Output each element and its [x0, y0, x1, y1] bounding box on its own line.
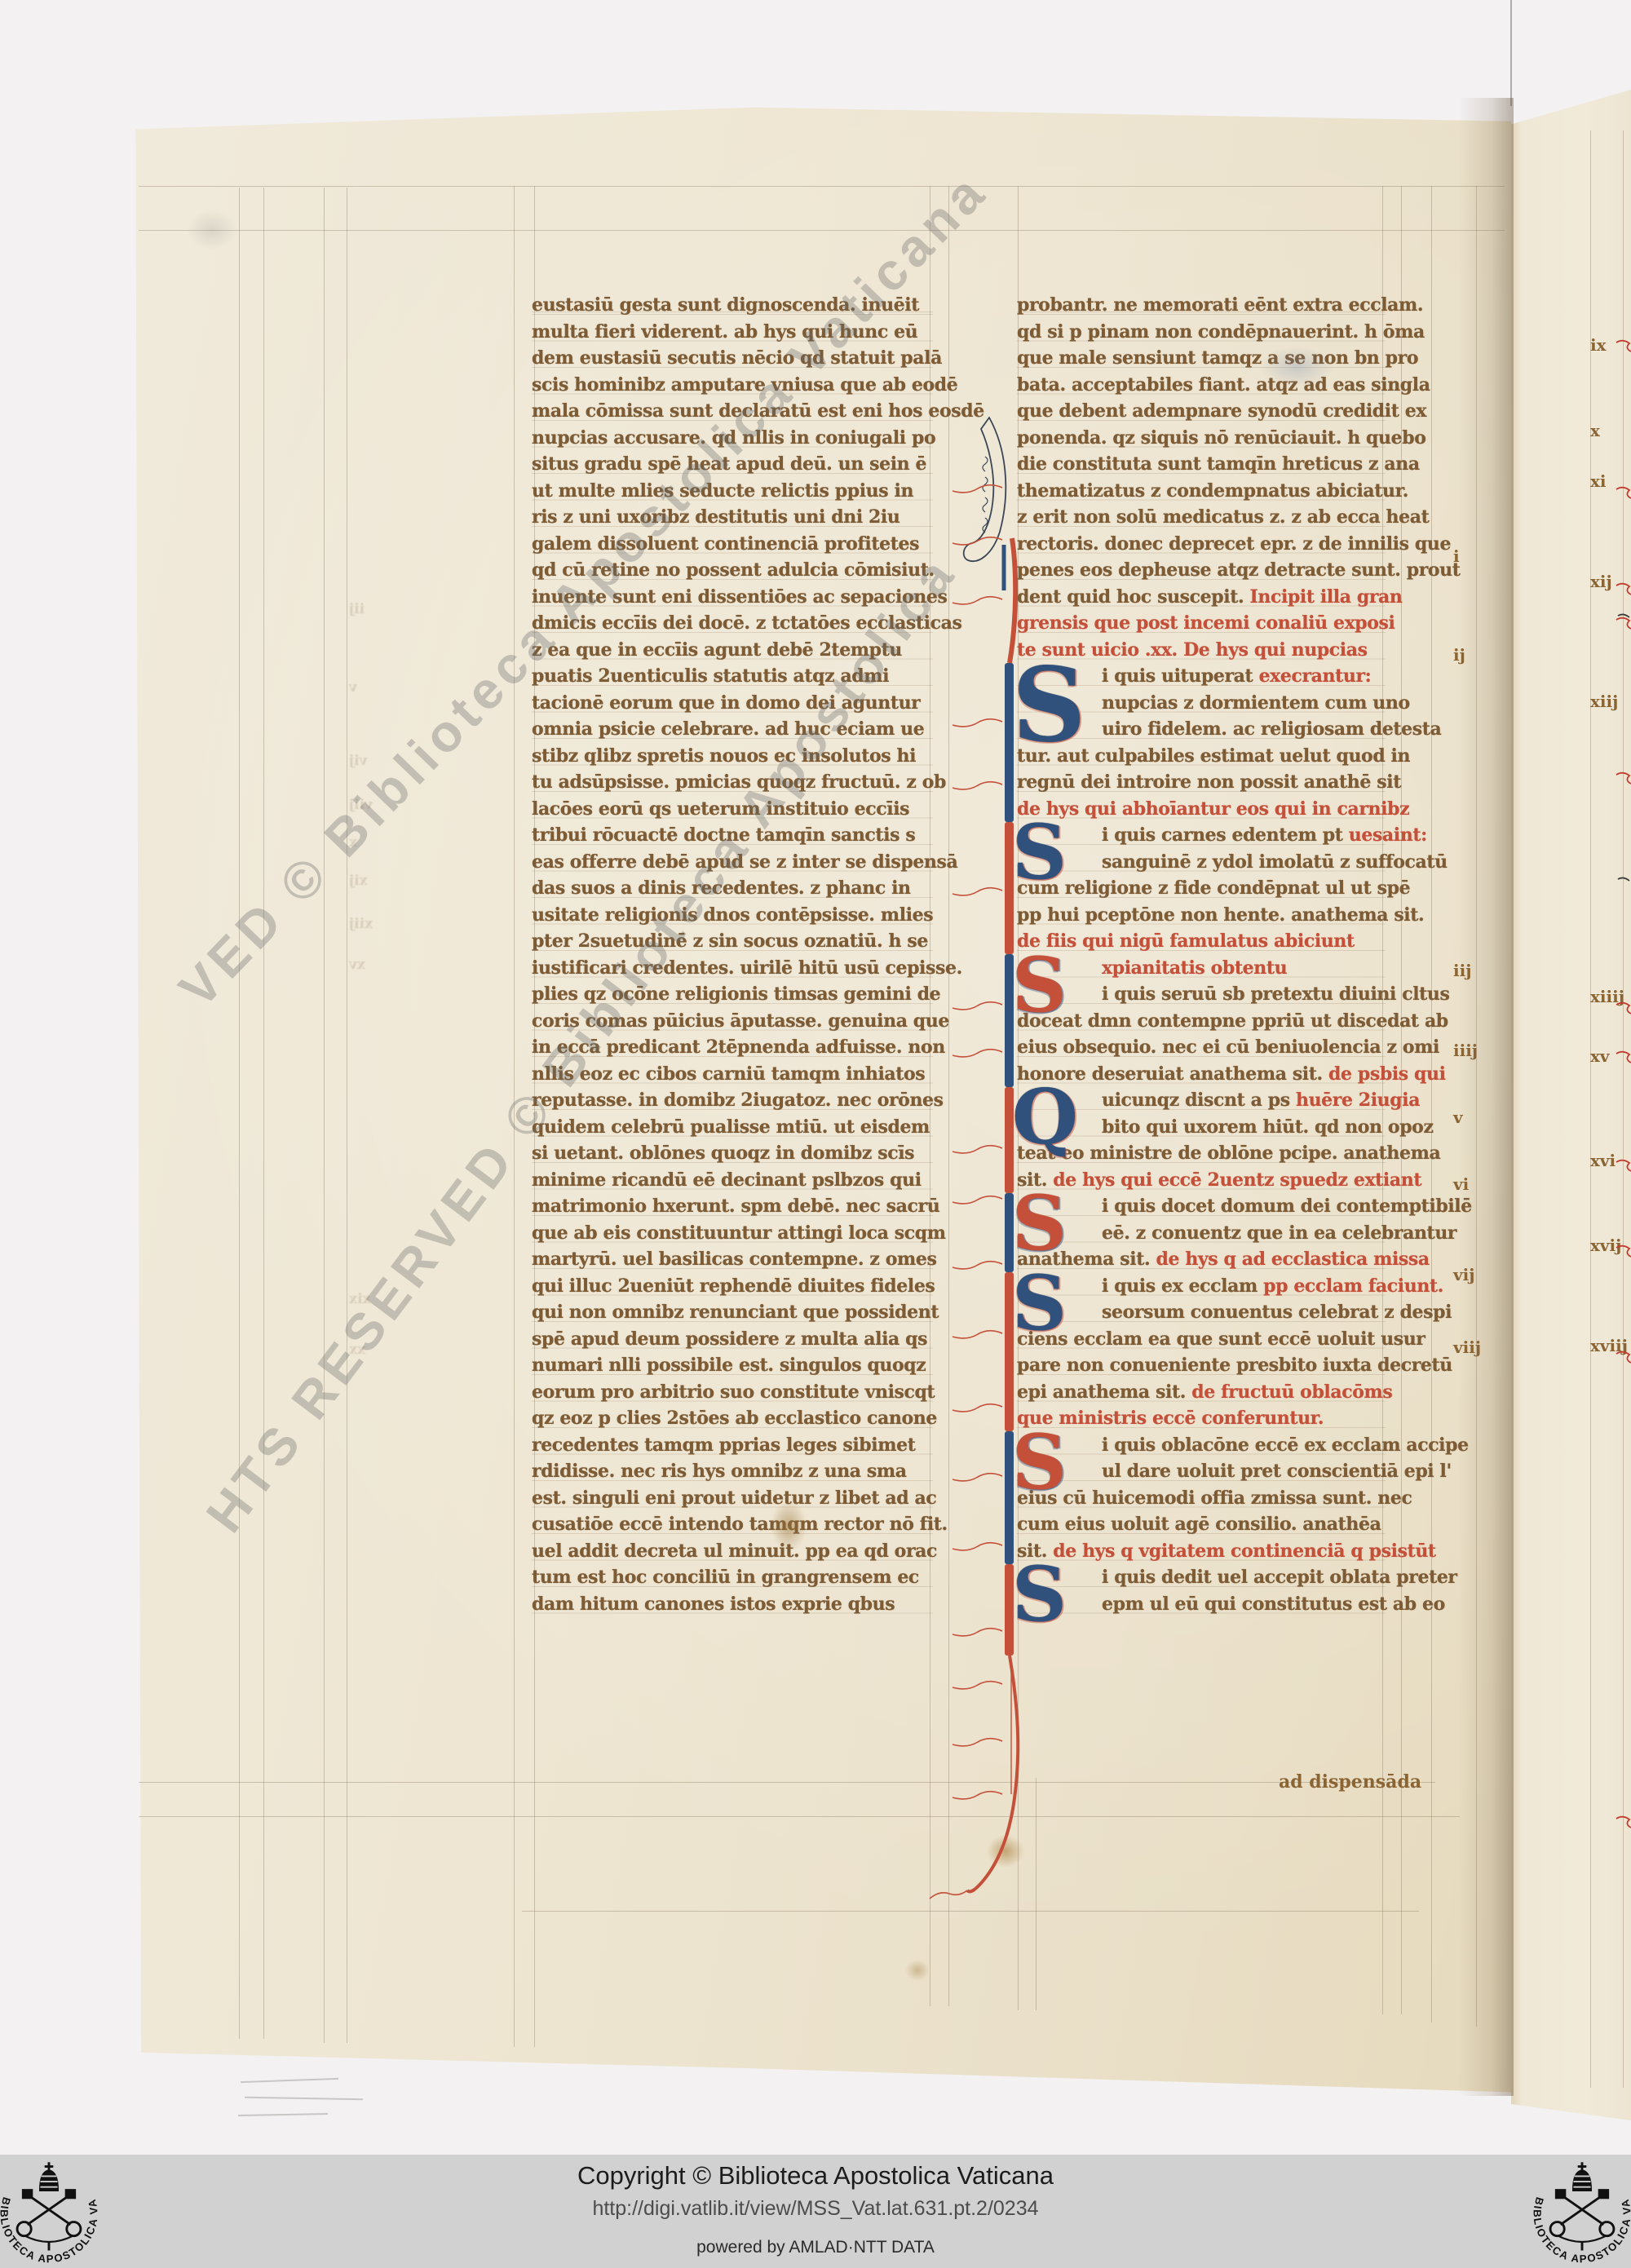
- flourish-stroke: [1616, 1161, 1631, 1171]
- flourish-stroke: [983, 457, 988, 471]
- flourish-stroke: [1616, 341, 1631, 351]
- flourish-stroke: [1616, 618, 1631, 629]
- flourish-stroke: [953, 888, 1002, 895]
- flourish-stroke: [953, 1404, 1002, 1412]
- flourish-stroke: [953, 1196, 1002, 1204]
- flourish-stroke: [964, 418, 1006, 561]
- flourish-stroke: [967, 1656, 1018, 1891]
- decorated-initial-q: Q: [1012, 1082, 1100, 1152]
- flourish-stroke: [953, 1146, 1002, 1153]
- decorated-initial-s: S: [1012, 1559, 1100, 1629]
- decorated-initial-s: S: [1012, 1427, 1100, 1497]
- flourish-stroke: [953, 485, 1002, 493]
- flourish-stroke: [1616, 1817, 1631, 1828]
- flourish-stroke: [1616, 773, 1631, 784]
- decorated-initial-s: S: [1012, 1268, 1100, 1338]
- flourish-stroke: [1618, 614, 1629, 617]
- flourish-stroke: [1616, 488, 1631, 498]
- flourish-stroke: [953, 597, 1002, 604]
- flourish-stroke: [1616, 1246, 1631, 1257]
- flourish-stroke: [953, 1543, 1002, 1550]
- flourish-stroke: [953, 1002, 1002, 1010]
- flourish-stroke: [1616, 1352, 1631, 1363]
- flourish-stroke: [953, 1629, 1002, 1636]
- digitized-manuscript-viewer-page: VED © Biblioteca Apostolica Vaticana HTS…: [0, 0, 1631, 2268]
- flourish-stroke: [953, 1331, 1002, 1338]
- flourish-stroke: [953, 1474, 1002, 1481]
- decorated-initial-s: S: [1012, 658, 1100, 752]
- flourish-stroke: [953, 1682, 1002, 1689]
- flourish-stroke: [953, 719, 1002, 727]
- flourish-stroke: [1616, 584, 1631, 595]
- decorated-initial-s: S: [1012, 950, 1100, 1020]
- flourish-stroke: [930, 1890, 967, 1899]
- flourish-stroke: [953, 1739, 1002, 1746]
- flourish-stroke: [983, 477, 988, 492]
- flourish-stroke: [953, 782, 1002, 789]
- decorated-initial-s: S: [1012, 1188, 1100, 1258]
- flourish-stroke: [1616, 1052, 1631, 1063]
- flourish-stroke: [1616, 1003, 1631, 1014]
- decorated-initial-s: S: [1012, 817, 1100, 887]
- flourish-stroke: [1618, 878, 1629, 881]
- flourish-stroke: [983, 497, 988, 512]
- flourish-stroke: [953, 1050, 1002, 1057]
- flourish-stroke: [953, 1792, 1002, 1799]
- flourish-stroke: [953, 1262, 1002, 1269]
